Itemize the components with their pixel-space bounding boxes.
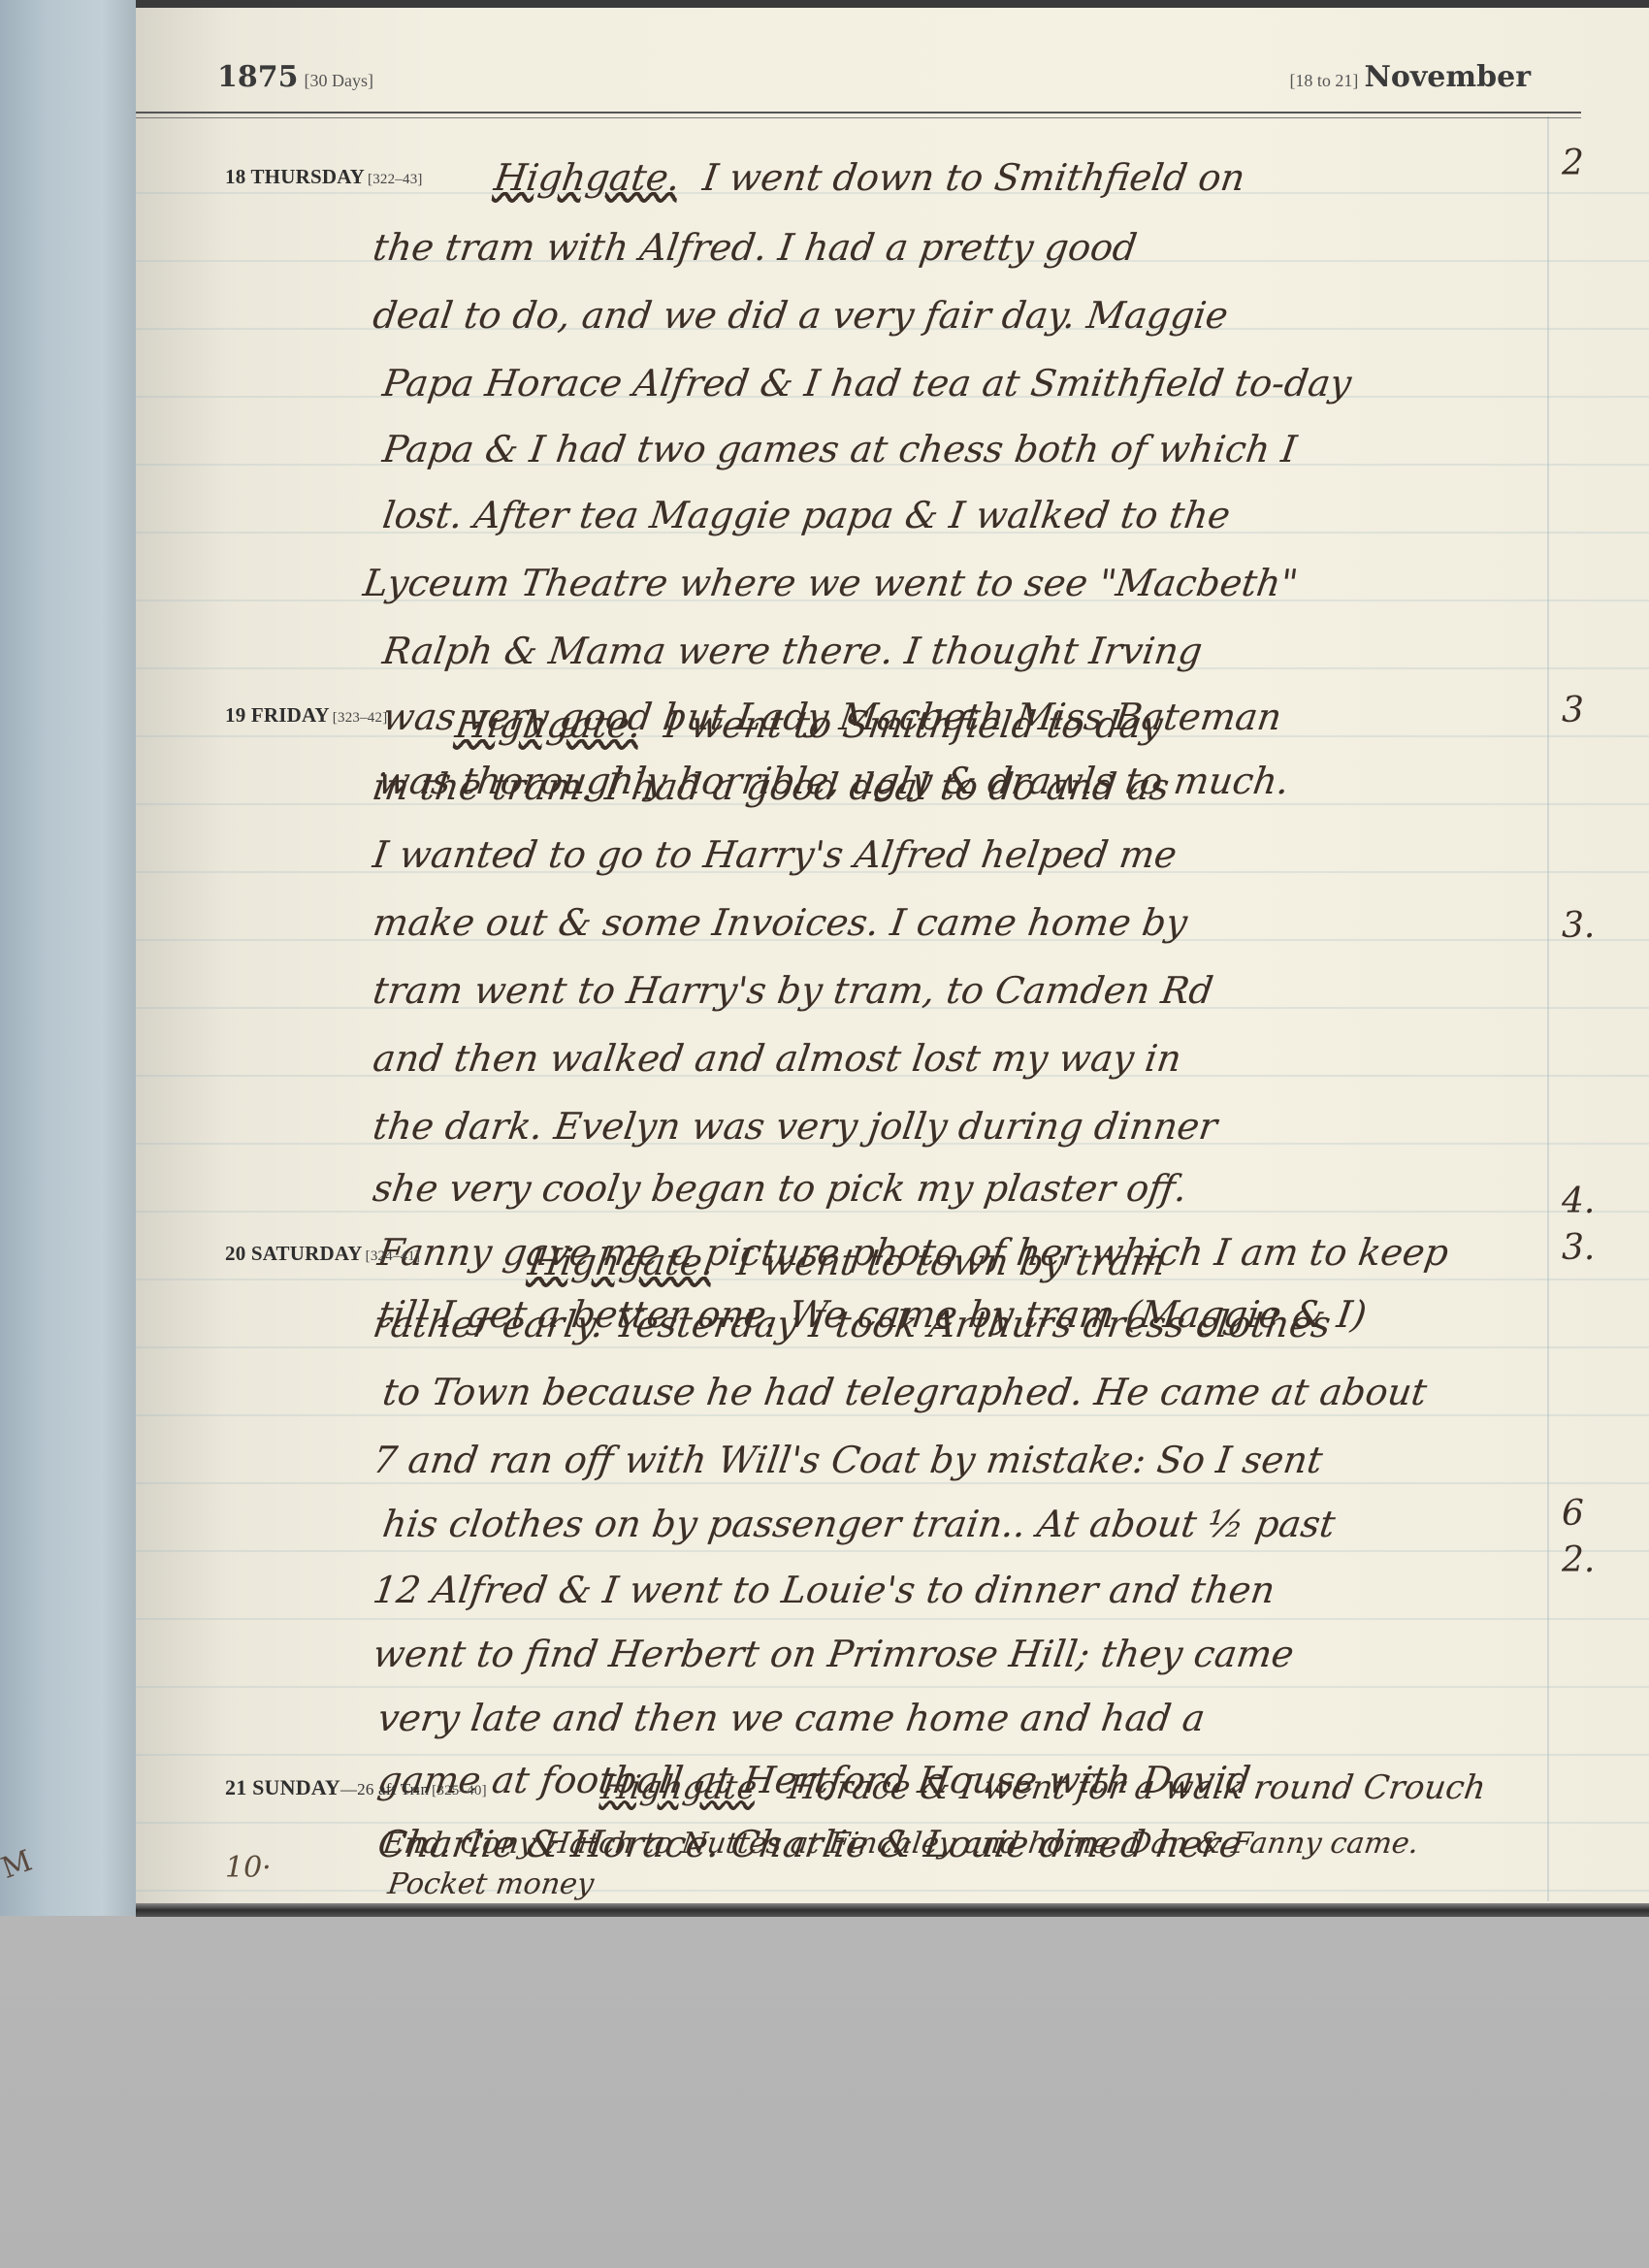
page-header-year: 1875[30 Days] — [217, 60, 373, 94]
day-name: 21 SUNDAY — [225, 1775, 340, 1799]
day-name: 19 FRIDAY — [225, 703, 330, 727]
day-heading-sunday: 21 SUNDAY—26 aft Trin[325–40] — [225, 1775, 487, 1800]
entry-line: Highgate. I went down to Smithfield on — [490, 144, 1249, 211]
page-header-month: [18 to 21]November — [1289, 60, 1531, 94]
entry-line: Papa Horace Alfred & I had tea at Smithf… — [378, 349, 1356, 417]
place-name: Highgate. — [492, 156, 683, 199]
margin-amount: 6 — [1562, 1494, 1584, 1534]
entry-line: Highgate. I went to Smithfield to day — [451, 691, 1167, 759]
line-text: I went to Smithfield to day — [662, 703, 1165, 746]
line-text: Horace & I went for a walk round Crouch — [786, 1768, 1489, 1807]
sunday-note: —26 aft Trin — [340, 1780, 429, 1798]
entry-line: I wanted to go to Harry's Alfred helped … — [369, 821, 1181, 889]
entry-line: very late and then we came home and had … — [373, 1684, 1210, 1752]
page-bottom-edge — [136, 1903, 1649, 1917]
entry-line: Lyceum Theatre where we went to see "Mac… — [359, 549, 1302, 617]
margin-amount: 3 — [1562, 691, 1584, 730]
day-heading-friday: 19 FRIDAY[323–42] — [225, 703, 387, 728]
day-heading-thursday: 18 THURSDAY[322–43] — [225, 165, 423, 189]
month: November — [1364, 60, 1531, 94]
day-number-meta: [325–40] — [432, 1783, 487, 1798]
entry-line: the tram with Alfred. I had a pretty goo… — [369, 213, 1141, 281]
line-text: I went down to Smithfield on — [700, 156, 1247, 199]
year: 1875 — [217, 60, 299, 94]
day-number-meta: [323–42] — [333, 710, 388, 726]
cash-column-rule — [1547, 116, 1549, 1901]
entry-line: rather early. Yesterday I took Arthurs d… — [369, 1290, 1335, 1358]
entry-line: she very cooly began to pick my plaster … — [369, 1154, 1191, 1222]
entry-line: went to find Herbert on Primrose Hill; t… — [369, 1620, 1298, 1688]
day-heading-saturday: 20 SATURDAY[324–41] — [225, 1242, 420, 1266]
entry-line: 7 and ran off with Will's Coat by mistak… — [369, 1426, 1327, 1494]
day-name: 18 THURSDAY — [225, 165, 365, 188]
entry-line: Papa & I had two games at chess both of … — [378, 415, 1301, 483]
place-name: Highgate — [598, 1768, 760, 1807]
entry-line: lost. After tea Maggie papa & I walked t… — [378, 481, 1235, 549]
entry-line: Ralph & Mama were there. I thought Irvin… — [378, 617, 1207, 685]
entry-line: the dark. Evelyn was very jolly during d… — [369, 1092, 1221, 1160]
place-name: Highgate. — [453, 703, 644, 746]
entry-line: tram went to Harry's by tram, to Camden … — [369, 956, 1217, 1024]
line-text: I went to town by tram — [734, 1241, 1169, 1283]
facing-page-mark: M — [0, 1844, 37, 1886]
day-number-meta: [324–41] — [366, 1248, 421, 1264]
entry-line: to Town because he had telegraphed. He c… — [378, 1358, 1431, 1426]
place-name: Highgate. — [526, 1241, 717, 1283]
entry-line: 12 Alfred & I went to Louie's to dinner … — [369, 1556, 1279, 1624]
header-rule — [136, 112, 1581, 118]
facing-page-edge: M — [0, 0, 136, 1916]
margin-amount: 3. — [1562, 1228, 1595, 1268]
date-range: [18 to 21] — [1289, 71, 1358, 90]
day-name: 20 SATURDAY — [225, 1242, 363, 1265]
entry-line: in the tram. I had a good deal to do and… — [369, 753, 1174, 821]
margin-amount: 2. — [1562, 1540, 1595, 1580]
entry-line: and then walked and almost lost my way i… — [369, 1024, 1185, 1092]
entry-line: Pocket money — [384, 1861, 597, 1909]
margin-amount: 4. — [1562, 1182, 1595, 1221]
margin-amount: 3. — [1562, 906, 1595, 946]
day-number-meta: [322–43] — [368, 172, 423, 187]
entry-line: deal to do, and we did a very fair day. … — [369, 281, 1233, 349]
entry-line: make out & some Invoices. I came home by — [369, 889, 1191, 956]
entry-line: his clothes on by passenger train.. At a… — [378, 1490, 1340, 1558]
margin-amount: 2 — [1562, 144, 1584, 183]
days-note: [30 Days] — [305, 71, 373, 90]
page-total: 10· — [225, 1851, 272, 1885]
entry-line: Highgate. I went to town by tram — [524, 1228, 1170, 1296]
